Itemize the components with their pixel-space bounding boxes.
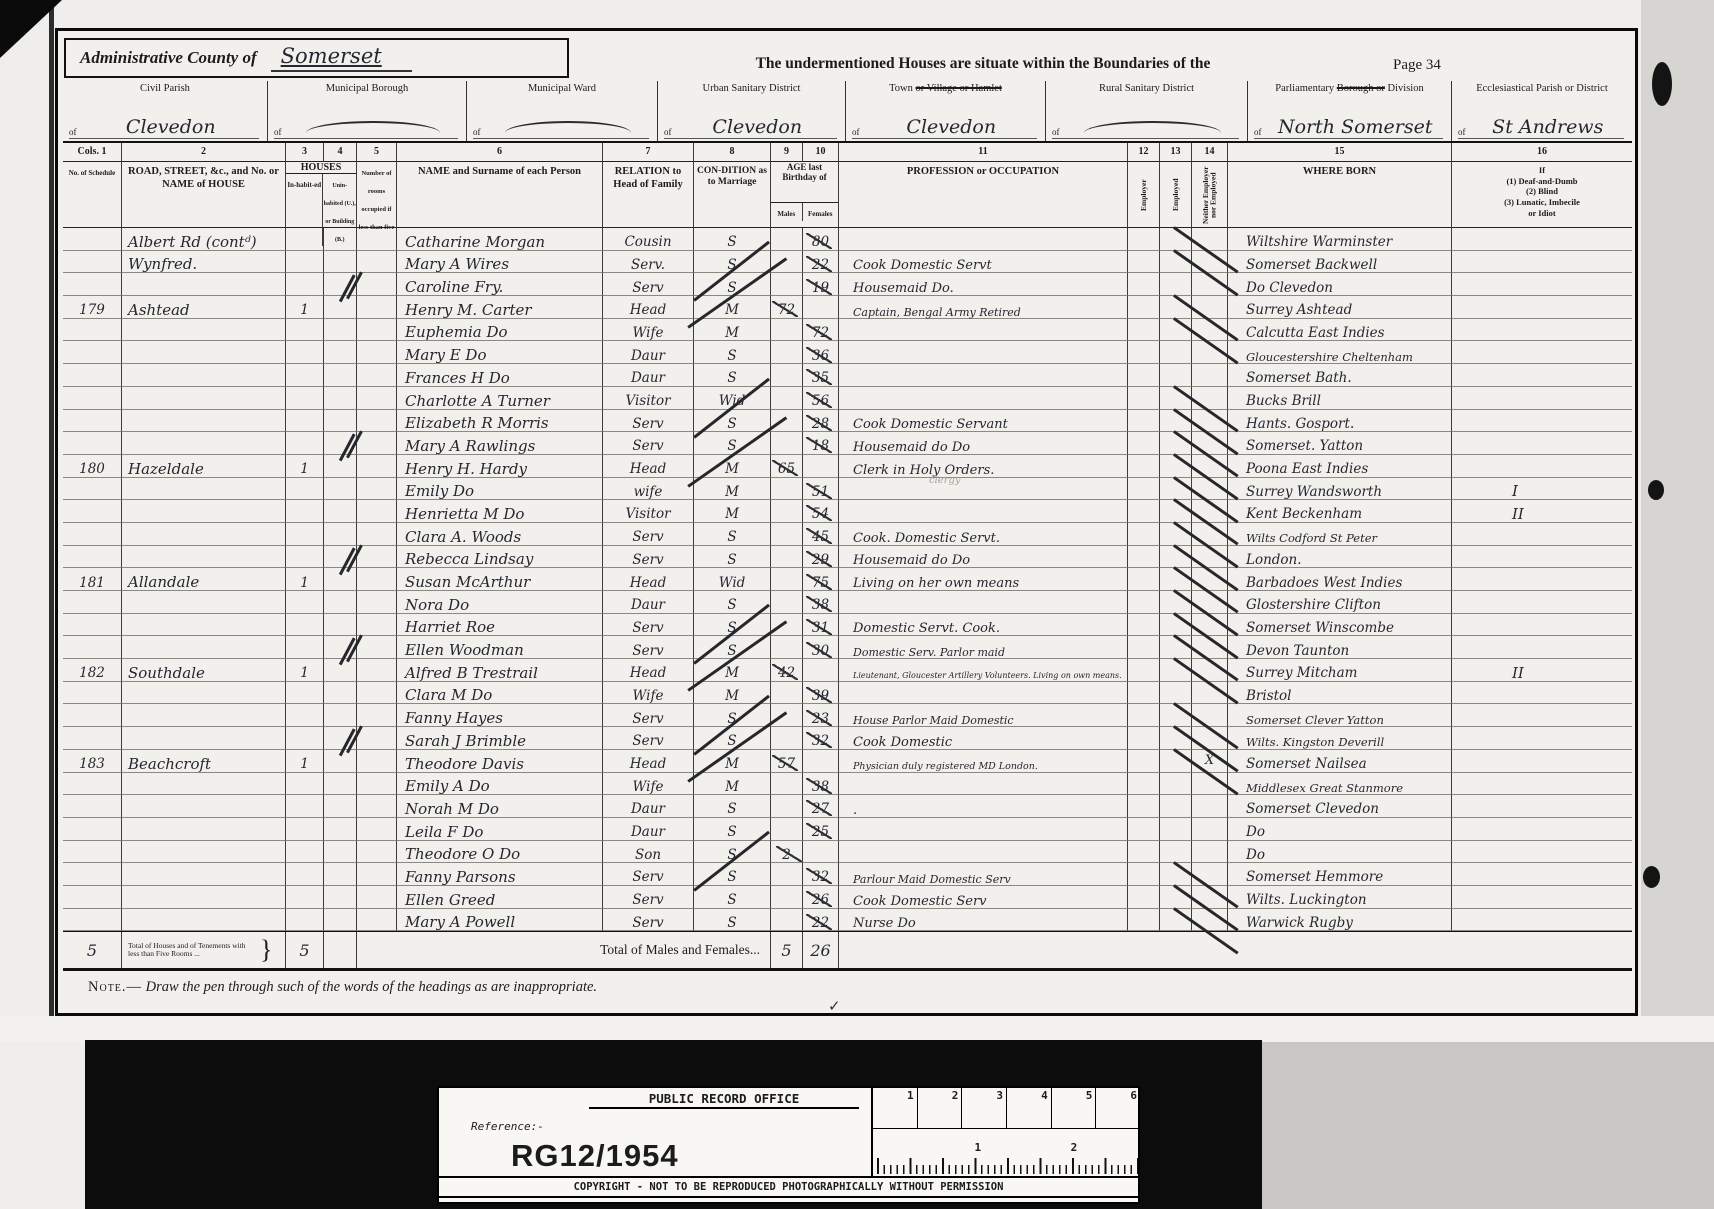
census-rows: Albert Rd (contᵈ)Catharine MorganCousinS… (63, 228, 1632, 931)
admin-county-value: Somerset (271, 44, 412, 72)
table-row: 183Beachcroft1Theodore DavisHeadM57Physi… (63, 750, 1632, 773)
age-female: 29 (810, 554, 831, 568)
schedule-number: 183 (79, 758, 105, 772)
cell-employer (1128, 863, 1160, 886)
table-row: Henrietta M DoVisitorM54Kent BeckenhamII (63, 500, 1632, 523)
cell-employer (1128, 296, 1160, 319)
cell-rooms (357, 818, 397, 841)
person-name: Mary A Wires (397, 257, 509, 272)
cell-occupation: House Parlor Maid Domestic (839, 704, 1128, 727)
cell-employer (1128, 659, 1160, 682)
condition-value: S (727, 350, 736, 364)
ruler-small-ticks (877, 1165, 1138, 1174)
person-name: Fanny Hayes (397, 711, 503, 726)
inhabited-count: 1 (300, 304, 309, 318)
cell-infirmities (1452, 773, 1632, 796)
blank-dash-mark (505, 121, 632, 133)
where-born-value: Somerset Hemmore (1228, 871, 1383, 885)
cell-relation: Head (603, 659, 694, 682)
cell-uninhabited (324, 863, 357, 886)
cell-schedule (63, 341, 122, 364)
person-name: Theodore Davis (397, 757, 524, 772)
cell-age-female: 56 (803, 387, 839, 410)
col-number-1: Cols. 1 (63, 143, 122, 162)
footnote-prefix: Note.— (88, 979, 142, 995)
cell-infirmities (1452, 704, 1632, 727)
cell-employed (1160, 410, 1192, 433)
cell-name: Euphemia Do (397, 319, 603, 342)
cell-employed (1160, 319, 1192, 342)
cell-occupation (839, 341, 1128, 364)
cell-infirmities (1452, 682, 1632, 705)
table-row: Norah M DoDaurS27.Somerset Clevedon (63, 795, 1632, 818)
cell-occupation: Clerk in Holy Orders.clergy (839, 455, 1128, 478)
punch-hole-artifact (1643, 866, 1660, 888)
cell-infirmities (1452, 546, 1632, 569)
cell-uninhabited (324, 659, 357, 682)
infirmity-mark: II (1452, 507, 1524, 522)
cell-employer (1128, 228, 1160, 251)
cell-name: Ellen Greed (397, 886, 603, 909)
cell-name: Alfred B Trestrail (397, 659, 603, 682)
relation-value: Wife (633, 781, 664, 795)
cell-employed (1160, 568, 1192, 591)
relation-value: Head (630, 577, 666, 591)
cell-rooms (357, 568, 397, 591)
cell-age-male (771, 546, 803, 569)
cell-where-born: Surrey Mitcham (1228, 659, 1452, 682)
totals-females-value: 26 (810, 941, 830, 960)
footnote: Note.— Draw the pen through such of the … (88, 979, 597, 996)
cell-schedule (63, 818, 122, 841)
header-name: NAME and Surname of each Person (397, 162, 603, 228)
cell-inhabited (286, 228, 324, 251)
cell-house (122, 614, 286, 637)
ruler-cm-number: 1 (907, 1089, 914, 1102)
totals-schedule-value: 5 (87, 941, 97, 960)
cell-age-female: 18 (803, 432, 839, 455)
person-name: Sarah J Brimble (397, 734, 526, 749)
person-name: Frances H Do (397, 371, 510, 386)
cell-uninhabited (324, 886, 357, 909)
ruler-cm-cell: 2 (918, 1088, 963, 1128)
table-row: Emily A DoWifeM38Middlesex Great Stanmor… (63, 773, 1632, 796)
district-label: Urban Sanitary District (658, 83, 845, 95)
cell-where-born: Bristol (1228, 682, 1452, 705)
age-male: 72 (776, 304, 797, 318)
cell-inhabited: 1 (286, 750, 324, 773)
cell-rooms (357, 773, 397, 796)
cell-relation: Wife (603, 319, 694, 342)
col-number-13: 13 (1160, 143, 1192, 162)
cell-age-female: 23 (803, 704, 839, 727)
relation-value: Serv (632, 554, 663, 568)
cell-age-female (803, 750, 839, 773)
relation-value: Serv (632, 713, 663, 727)
cell-employed (1160, 818, 1192, 841)
age-female: 51 (810, 486, 831, 500)
cell-name: Nora Do (397, 591, 603, 614)
cell-employer (1128, 478, 1160, 501)
cell-inhabited (286, 387, 324, 410)
cell-occupation: Domestic Servt. Cook. (839, 614, 1128, 637)
cell-age-male (771, 682, 803, 705)
condition-value: M (725, 758, 739, 772)
cell-uninhabited (324, 727, 357, 750)
cell-house (122, 886, 286, 909)
where-born-value: Devon Taunton (1228, 645, 1349, 659)
cell-relation: Serv (603, 614, 694, 637)
table-row: Mary A RawlingsServS18Housemaid do DoSom… (63, 432, 1632, 455)
cell-condition: M (694, 319, 771, 342)
cell-employed (1160, 591, 1192, 614)
header-age-group: AGE last Birthday ofMalesFemales (771, 162, 839, 228)
cell-rooms (357, 795, 397, 818)
col-number-12: 12 (1128, 143, 1160, 162)
person-name: Mary A Rawlings (397, 439, 535, 454)
cell-occupation: Parlour Maid Domestic Serv (839, 863, 1128, 886)
cell-occupation: . (839, 795, 1128, 818)
header-profession-label: PROFESSION or OCCUPATION (839, 162, 1127, 179)
cell-schedule: 179 (63, 296, 122, 319)
cell-employer (1128, 795, 1160, 818)
district-value: St Andrews (1472, 118, 1625, 137)
where-born-value: Somerset. Yatton (1228, 440, 1363, 454)
cell-occupation: Cook Domestic (839, 727, 1128, 750)
totals-males-value: 5 (781, 941, 791, 960)
cell-relation: Daur (603, 818, 694, 841)
of-label: of (852, 127, 860, 137)
cell-employer (1128, 773, 1160, 796)
scan-bottom-right (1262, 1042, 1714, 1209)
table-row: Euphemia DoWifeM72Calcutta East Indies (63, 319, 1632, 342)
cell-where-born: Glostershire Clifton (1228, 591, 1452, 614)
condition-value: S (727, 894, 736, 908)
cell-condition: S (694, 795, 771, 818)
struck-words: Borough or (1337, 83, 1385, 94)
struck-words: or Village or Hamlet (916, 83, 1002, 94)
district-box-7: Parliamentary Borough or DivisionofNorth… (1248, 81, 1452, 141)
condition-value: M (725, 304, 739, 318)
age-female: 45 (810, 531, 831, 545)
condition-value: S (727, 803, 736, 817)
occupation-value: Cook. Domestic Servt. (839, 532, 1000, 545)
where-born-value: Surrey Mitcham (1228, 667, 1357, 681)
cell-where-born: Hants. Gosport. (1228, 410, 1452, 433)
cell-occupation: Captain, Bengal Army Retired (839, 296, 1128, 319)
cell-condition: M (694, 478, 771, 501)
scan-right-margin (1641, 0, 1714, 1016)
cell-relation: wife (603, 478, 694, 501)
cell-age-female: 32 (803, 863, 839, 886)
cell-house: Allandale (122, 568, 286, 591)
totals-females-cell: 26 (803, 932, 839, 968)
cell-infirmities (1452, 750, 1632, 773)
cell-infirmities: I (1452, 478, 1632, 501)
cell-name: Mary A Rawlings (397, 432, 603, 455)
where-born-value: Somerset Clever Yatton (1228, 715, 1384, 727)
cell-employed (1160, 750, 1192, 773)
cell-occupation (839, 478, 1128, 501)
cell-name: Frances H Do (397, 364, 603, 387)
header-where-born: WHERE BORN (1228, 162, 1452, 228)
header-road-street-label: ROAD, STREET, &c., and No. or NAME of HO… (122, 162, 285, 191)
of-label: of (1458, 127, 1466, 137)
admin-county-label: Administrative County of (80, 48, 257, 68)
age-female: 32 (810, 735, 831, 749)
district-value: North Somerset (1268, 118, 1444, 137)
cell-rooms (357, 727, 397, 750)
cell-rooms (357, 886, 397, 909)
person-name: Henrietta M Do (397, 507, 524, 522)
cell-schedule (63, 251, 122, 274)
occupation-value: . (839, 804, 857, 817)
cell-infirmities (1452, 319, 1632, 342)
relation-value: Wife (633, 327, 664, 341)
cell-where-born: Somerset. Yatton (1228, 432, 1452, 455)
cell-condition: S (694, 523, 771, 546)
person-name: Norah M Do (397, 802, 499, 817)
cell-age-male (771, 614, 803, 637)
cell-uninhabited (324, 387, 357, 410)
cell-age-female: 45 (803, 523, 839, 546)
district-label: Ecclesiastical Parish or District (1452, 83, 1632, 95)
district-value: Clevedon (83, 118, 260, 137)
cell-where-born: Wilts. Kingston Deverill (1228, 727, 1452, 750)
cell-infirmities (1452, 863, 1632, 886)
header-employed: Employed (1160, 162, 1192, 228)
cell-employed (1160, 500, 1192, 523)
condition-value: S (727, 531, 736, 545)
person-name: Fanny Parsons (397, 870, 516, 885)
inhabited-count: 1 (300, 463, 309, 477)
cell-rooms (357, 546, 397, 569)
cell-employer (1128, 432, 1160, 455)
cell-house: Ashtead (122, 296, 286, 319)
cell-schedule (63, 546, 122, 569)
cell-house (122, 273, 286, 296)
col-number-8: 8 (694, 143, 771, 162)
cell-rooms (357, 500, 397, 523)
cell-where-born: Warwick Rugby (1228, 909, 1452, 932)
cell-house (122, 478, 286, 501)
where-born-value: Surrey Wandsworth (1228, 486, 1382, 500)
cell-relation: Visitor (603, 500, 694, 523)
footnote-text: Draw the pen through such of the words o… (146, 979, 597, 995)
cell-infirmities: II (1452, 500, 1632, 523)
blank-dash-mark (306, 121, 441, 133)
cell-rooms (357, 614, 397, 637)
cell-condition: M (694, 659, 771, 682)
condition-value: S (727, 418, 736, 432)
column-headers-row: No. of ScheduleROAD, STREET, &c., and No… (63, 162, 1632, 228)
person-name: Ellen Greed (397, 893, 495, 908)
col-number-15: 15 (1228, 143, 1452, 162)
cell-condition: M (694, 455, 771, 478)
cell-house: Albert Rd (contᵈ) (122, 228, 286, 251)
relation-value: Daur (631, 372, 665, 386)
district-value: Clevedon (678, 118, 838, 137)
page-number: Page 34 (1393, 57, 1441, 74)
cell-age-male (771, 387, 803, 410)
cell-where-born: Somerset Nailsea (1228, 750, 1452, 773)
table-row: Albert Rd (contᵈ)Catharine MorganCousinS… (63, 228, 1632, 251)
relation-value: Wife (633, 690, 664, 704)
cell-uninhabited (324, 273, 357, 296)
cell-condition: S (694, 341, 771, 364)
col-number-11: 11 (839, 143, 1128, 162)
age-female: 38 (810, 599, 831, 613)
where-born-value: Wilts. Luckington (1228, 894, 1367, 908)
cell-employer (1128, 273, 1160, 296)
cell-where-born: Somerset Backwell (1228, 251, 1452, 274)
relation-value: Cousin (624, 236, 671, 250)
cell-employed (1160, 432, 1192, 455)
where-born-value: Bucks Brill (1228, 395, 1321, 409)
of-label: of (473, 127, 481, 137)
cell-employer (1128, 818, 1160, 841)
cell-name: Mary A Wires (397, 251, 603, 274)
table-row: Fanny HayesServS23House Parlor Maid Dome… (63, 704, 1632, 727)
cell-inhabited (286, 909, 324, 932)
cell-relation: Serv (603, 523, 694, 546)
where-born-value: Wilts. Kingston Deverill (1228, 737, 1384, 749)
cell-house (122, 773, 286, 796)
relation-value: Serv (632, 622, 663, 636)
cell-infirmities (1452, 296, 1632, 319)
cell-infirmities (1452, 455, 1632, 478)
cell-inhabited (286, 319, 324, 342)
cell-age-male (771, 704, 803, 727)
scan-root: Administrative County of Somerset The un… (0, 0, 1714, 1209)
header-rooms-label: Number of rooms occupied if less than fi… (359, 170, 395, 231)
cell-rooms (357, 591, 397, 614)
header-where-born-label: WHERE BORN (1228, 162, 1451, 179)
cell-employed (1160, 659, 1192, 682)
where-born-value: Somerset Winscombe (1228, 622, 1394, 636)
of-label: of (1254, 127, 1262, 137)
age-female: 80 (810, 236, 831, 250)
cell-age-female: 27 (803, 795, 839, 818)
age-female: 35 (810, 372, 831, 386)
cell-inhabited: 1 (286, 455, 324, 478)
situate-text: The undermentioned Houses are situate wi… (603, 55, 1363, 73)
table-row: Charlotte A TurnerVisitorWid56Bucks Bril… (63, 387, 1632, 410)
age-female: 75 (810, 577, 831, 591)
table-row: Harriet RoeServS31Domestic Servt. Cook.S… (63, 614, 1632, 637)
stamp-ruler: 123456 12 (871, 1088, 1140, 1177)
cell-schedule (63, 841, 122, 864)
cell-name: Emily A Do (397, 773, 603, 796)
age-female: 32 (810, 871, 831, 885)
header-profession: PROFESSION or OCCUPATION (839, 162, 1128, 228)
reference-number: RG12/1954 (511, 1138, 679, 1174)
cell-relation: Serv (603, 704, 694, 727)
cell-rooms (357, 319, 397, 342)
cell-house: Hazeldale (122, 455, 286, 478)
cell-relation: Head (603, 455, 694, 478)
totals-row: 5 Total of Houses and of Tenements with … (63, 931, 1632, 968)
inhabited-count: 1 (300, 577, 309, 591)
cell-uninhabited (324, 432, 357, 455)
cell-schedule (63, 727, 122, 750)
occupation-value: Clerk in Holy Orders. (839, 464, 994, 477)
header-neither: Neither Employer nor Employed (1192, 162, 1228, 228)
cell-employer (1128, 886, 1160, 909)
relation-value: Head (630, 667, 666, 681)
inhabited-count: 1 (300, 667, 309, 681)
cell-occupation: Cook. Domestic Servt. (839, 523, 1128, 546)
cell-age-male (771, 636, 803, 659)
cell-infirmities (1452, 886, 1632, 909)
cell-relation: Serv (603, 909, 694, 932)
where-born-value: Somerset Clevedon (1228, 803, 1379, 817)
cell-house (122, 341, 286, 364)
cell-employer (1128, 841, 1160, 864)
district-value-row: ofClevedon (664, 118, 837, 139)
cell-age-male (771, 886, 803, 909)
table-row: Elizabeth R MorrisServS28Cook Domestic S… (63, 410, 1632, 433)
cell-name: Mary A Powell (397, 909, 603, 932)
age-female: 28 (810, 418, 831, 432)
table-row: Mary A PowellServS22Nurse DoWarwick Rugb… (63, 909, 1632, 932)
cell-infirmities (1452, 228, 1632, 251)
where-born-value: Do (1228, 849, 1265, 863)
cell-age-male: 2 (771, 841, 803, 864)
cell-employer (1128, 546, 1160, 569)
cell-inhabited (286, 841, 324, 864)
district-value-row: ofClevedon (69, 118, 259, 139)
cell-occupation: Domestic Serv. Parlor maid (839, 636, 1128, 659)
occupation-value: Domestic Serv. Parlor maid (839, 647, 1005, 658)
ruler-cm-number: 3 (996, 1089, 1003, 1102)
cell-age-female: 25 (803, 818, 839, 841)
table-row: Wynfred.Mary A WiresServ.S22Cook Domesti… (63, 251, 1632, 274)
relation-value: Daur (631, 803, 665, 817)
pro-office-title: PUBLIC RECORD OFFICE (589, 1091, 859, 1109)
infirmity-mark: II (1452, 666, 1524, 681)
district-header-row: Civil ParishofClevedonMunicipal Borougho… (63, 81, 1632, 141)
cell-schedule (63, 704, 122, 727)
cell-inhabited (286, 364, 324, 387)
house-name: Southdale (122, 666, 205, 681)
cell-rooms (357, 432, 397, 455)
cell-rooms (357, 341, 397, 364)
relation-value: Serv (632, 645, 663, 659)
cell-uninhabited (324, 750, 357, 773)
punch-hole-artifact (1652, 62, 1672, 106)
schedule-number: 179 (79, 304, 105, 318)
where-born-value: Somerset Nailsea (1228, 758, 1367, 772)
cell-age-male (771, 568, 803, 591)
cell-occupation (839, 319, 1128, 342)
col-number-3: 3 (286, 143, 324, 162)
ruler-cm-cell: 6 (1096, 1088, 1140, 1128)
cell-neither (1192, 863, 1228, 886)
cell-house (122, 387, 286, 410)
cell-employed (1160, 704, 1192, 727)
person-name: Leila F Do (397, 825, 483, 840)
ruler-cm-number: 6 (1130, 1089, 1137, 1102)
cell-relation: Wife (603, 773, 694, 796)
where-born-value: Gloucestershire Cheltenham (1228, 352, 1413, 364)
where-born-value: Surrey Ashtead (1228, 304, 1352, 318)
ruler-cm-number: 4 (1041, 1089, 1048, 1102)
cell-age-male (771, 523, 803, 546)
cell-condition: S (694, 546, 771, 569)
of-label: of (1052, 127, 1060, 137)
house-name: Wynfred. (122, 257, 197, 272)
